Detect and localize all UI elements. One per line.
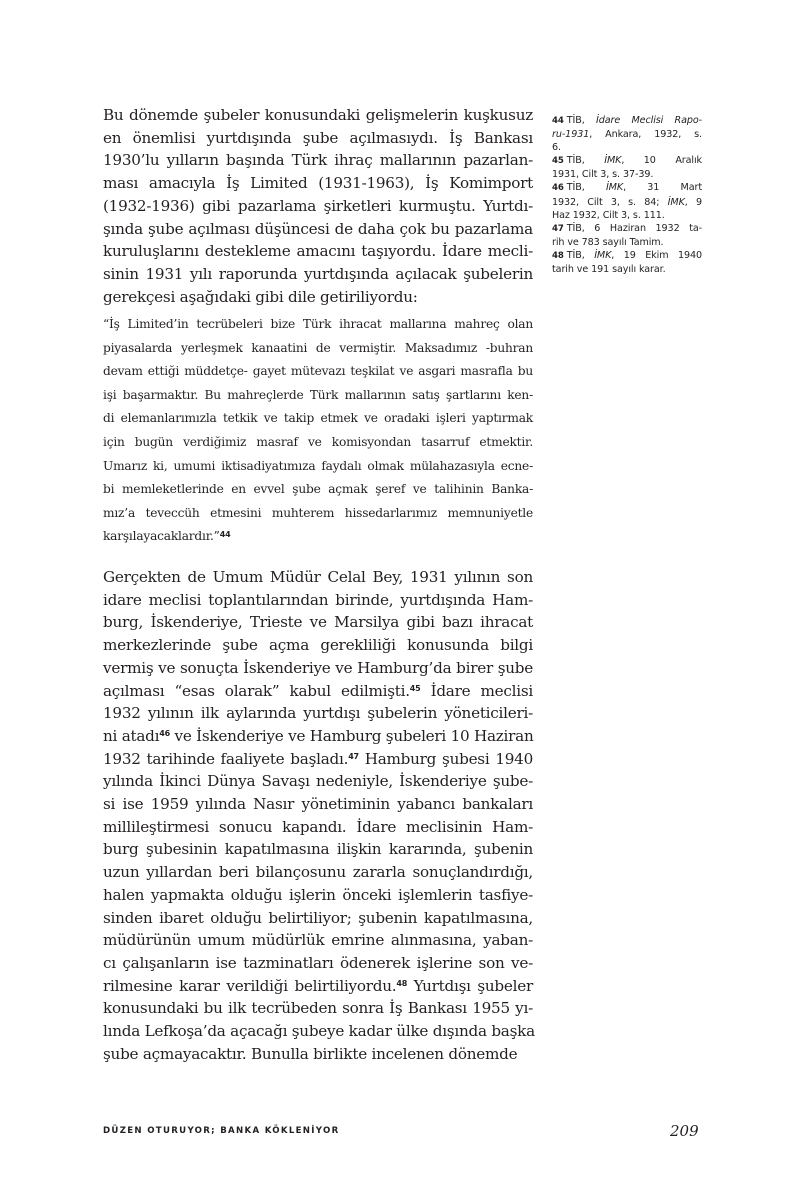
main-text-column: Bu dönemde şubeler konusundaki gelişmele… <box>103 104 533 308</box>
text-line: mız’a teveccüh etmesini muhterem hisseda… <box>103 502 533 526</box>
text-line: ni atadı46 ve İskenderiye ve Hamburg şub… <box>103 725 533 748</box>
text-line: millileştirmesi sonucu kapandı. İdare me… <box>103 816 533 839</box>
text-line: ması amacıyla İş Limited (1931-1963), İş… <box>103 172 533 195</box>
text-line: konusundaki bu ilk tecrübeden sonra İş B… <box>103 997 533 1020</box>
paragraph-intro: Bu dönemde şubeler konusundaki gelişmele… <box>103 104 533 308</box>
footnote-47: 47TİB, 6 Haziran 1932 ta-rih ve 783 sayı… <box>552 222 702 249</box>
text-line: en önemlisi yurtdışında şube açılmasıydı… <box>103 127 533 150</box>
text-line: 44TİB, İdare Meclisi Rapo- <box>552 114 702 128</box>
footnote-number: 45 <box>552 156 564 166</box>
text-line: rilmesine karar verildiği belirtiliyordu… <box>103 975 533 998</box>
block-quote: “İş Limited’in tecrübeleri bize Türk ihr… <box>103 313 533 549</box>
text-line: si ise 1959 yılında Nasır yönetiminin ya… <box>103 793 533 816</box>
text-line: gerekçesi aşağıdaki gibi dile getiriliyo… <box>103 286 533 309</box>
text-line: halen yapmakta olduğu işlerin önceki işl… <box>103 884 533 907</box>
text-line: 48TİB, İMK, 19 Ekim 1940 <box>552 249 702 263</box>
text-line: için bugün verdiğimiz masraf ve komisyon… <box>103 431 533 455</box>
text-line: (1932-1936) gibi pazarlama şirketleri ku… <box>103 195 533 218</box>
text-line: rih ve 783 sayılı Tamim. <box>552 236 702 249</box>
text-line: müdürünün umum müdürlük emrine alınmasın… <box>103 929 533 952</box>
text-line: “İş Limited’in tecrübeleri bize Türk ihr… <box>103 313 533 337</box>
text-line: sinin 1931 yılı raporunda yurtdışında aç… <box>103 263 533 286</box>
text-line: di elemanlarımızla tetkik ve takip etmek… <box>103 407 533 431</box>
footnote-46: 46TİB, İMK, 31 Mart1932, Cilt 3, s. 84; … <box>552 181 702 221</box>
page-number: 209 <box>670 1122 699 1140</box>
text-line: şında şube açılması düşüncesi de daha ço… <box>103 218 533 241</box>
text-line: 1932 yılının ilk aylarında yurtdışı şube… <box>103 702 533 725</box>
footnote-ref[interactable]: 47 <box>348 752 359 761</box>
footnote-ref[interactable]: 48 <box>396 979 407 988</box>
running-title: DÜZEN OTURUYOR; BANKA KÖKLENİYOR <box>103 1126 340 1136</box>
text-line: 1930’lu yılların başında Türk ihraç mall… <box>103 149 533 172</box>
footnote-ref[interactable]: 44 <box>220 530 231 539</box>
footnotes-margin: 44TİB, İdare Meclisi Rapo-ru-1931, Ankar… <box>552 114 702 276</box>
text-line: 1931, Cilt 3, s. 37-39. <box>552 168 702 181</box>
text-line: Umarız ki, umumi iktisadiyatımıza faydal… <box>103 455 533 479</box>
text-line: Bu dönemde şubeler konusundaki gelişmele… <box>103 104 533 127</box>
text-line: açılması “esas olarak” kabul edilmişti.4… <box>103 680 533 703</box>
text-line: lında Lefkoşa’da açacağı şubeye kadar ül… <box>103 1020 533 1043</box>
quote-text: “İş Limited’in tecrübeleri bize Türk ihr… <box>103 313 533 549</box>
text-line: burg şubesinin kapatılmasına ilişkin kar… <box>103 838 533 861</box>
footnote-ref[interactable]: 46 <box>159 729 170 738</box>
footnote-number: 48 <box>552 251 564 261</box>
paragraph-continuation: Gerçekten de Umum Müdür Celal Bey, 1931 … <box>103 566 533 1065</box>
text-line: 6. <box>552 141 702 154</box>
text-line: vermiş ve sonuçta İskenderiye ve Hamburg… <box>103 657 533 680</box>
text-line: merkezlerinde şube açma gerekliliği konu… <box>103 634 533 657</box>
text-line: tarih ve 191 sayılı karar. <box>552 263 702 276</box>
text-line: 45TİB, İMK, 10 Aralık <box>552 154 702 168</box>
text-line: sinden ibaret olduğu belirtiliyor; şuben… <box>103 907 533 930</box>
footnote-ref[interactable]: 45 <box>410 684 421 693</box>
footnote-number: 44 <box>552 116 564 126</box>
footnote-number: 46 <box>552 183 564 193</box>
text-line: 46TİB, İMK, 31 Mart <box>552 181 702 195</box>
text-line: piyasalarda yerleşmek kanaatini de vermi… <box>103 337 533 361</box>
footnote-48: 48TİB, İMK, 19 Ekim 1940tarih ve 191 say… <box>552 249 702 276</box>
text-line: bi memleketlerinde en evvel şube açmak ş… <box>103 478 533 502</box>
text-line: 1932, Cilt 3, s. 84; İMK, 9 <box>552 196 702 209</box>
text-line: idare meclisi toplantılarından birinde, … <box>103 589 533 612</box>
text-line: ru-1931, Ankara, 1932, s. <box>552 128 702 141</box>
text-line: kuruluşlarını destekleme amacını taşıyor… <box>103 240 533 263</box>
footnote-45: 45TİB, İMK, 10 Aralık1931, Cilt 3, s. 37… <box>552 154 702 181</box>
text-line: devam ettiği müddetçe- gayet mütevazı te… <box>103 360 533 384</box>
footnote-number: 47 <box>552 224 564 234</box>
text-line: işi başarmaktır. Bu mahreçlerde Türk mal… <box>103 384 533 408</box>
text-line: 1932 tarihinde faaliyete başladı.47 Hamb… <box>103 748 533 771</box>
text-line: Gerçekten de Umum Müdür Celal Bey, 1931 … <box>103 566 533 589</box>
text-line: 47TİB, 6 Haziran 1932 ta- <box>552 222 702 236</box>
text-line: karşılayacaklardır.”44 <box>103 525 533 549</box>
text-line: cı çalışanların ise tazminatları ödenere… <box>103 952 533 975</box>
text-line: burg, İskenderiye, Trieste ve Marsilya g… <box>103 611 533 634</box>
main-text-column-2: Gerçekten de Umum Müdür Celal Bey, 1931 … <box>103 566 533 1065</box>
text-line: Haz 1932, Cilt 3, s. 111. <box>552 209 702 222</box>
footnote-44: 44TİB, İdare Meclisi Rapo-ru-1931, Ankar… <box>552 114 702 154</box>
text-line: şube açmayacaktır. Bunulla birlikte ince… <box>103 1043 533 1066</box>
text-line: uzun yıllardan beri bilançosunu zararla … <box>103 861 533 884</box>
text-line: yılında İkinci Dünya Savaşı nedeniyle, İ… <box>103 770 533 793</box>
